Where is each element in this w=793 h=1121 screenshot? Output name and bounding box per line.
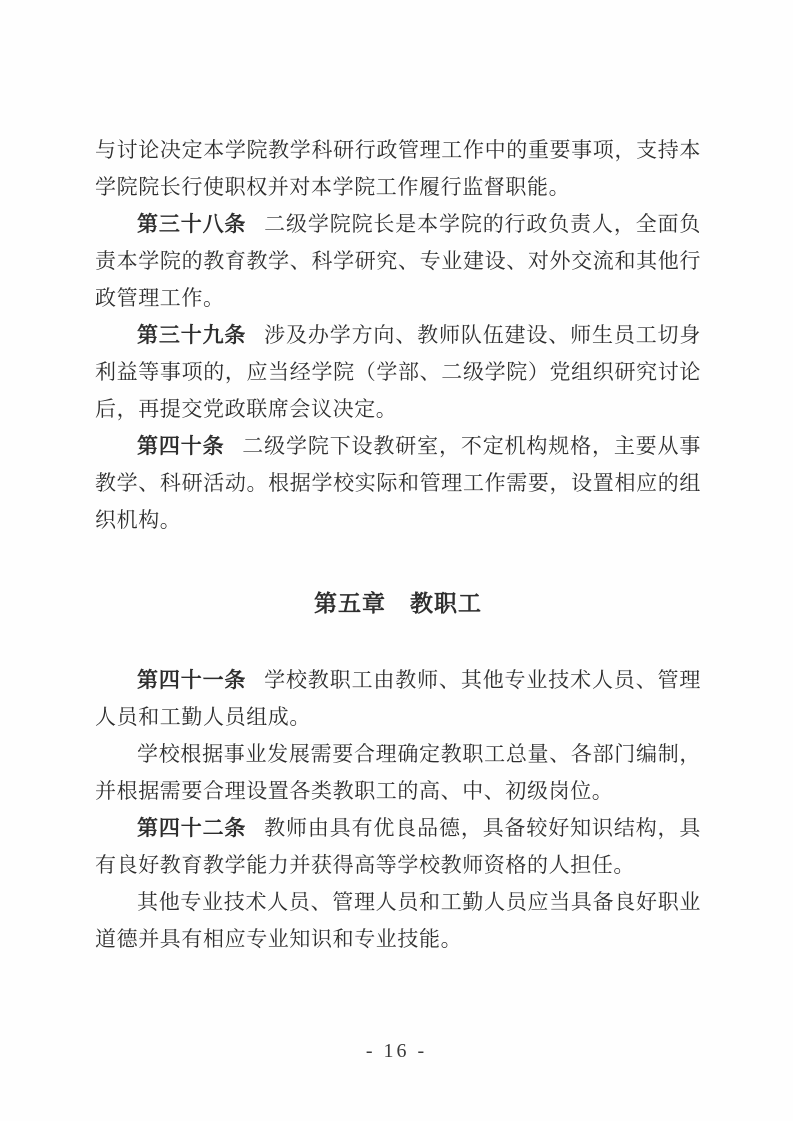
article-number: 第四十二条 (137, 817, 246, 840)
text-block: 与讨论决定本学院教学科研行政管理工作中的重要事项，支持本学院院长行使职权并对本学… (95, 132, 701, 958)
paragraph-article-38: 第三十八条二级学院院长是本学院的行政负责人，全面负责本学院的教育教学、科学研究、… (95, 206, 701, 317)
paragraph-text: 与讨论决定本学院教学科研行政管理工作中的重要事项，支持本学院院长行使职权并对本学… (95, 138, 701, 199)
page-number: - 16 - (0, 1040, 793, 1063)
page-number-label: - 16 - (366, 1040, 427, 1062)
paragraph-text: 学校根据事业发展需要合理确定教职工总量、各部门编制，并根据需要合理设置各类教职工… (95, 742, 701, 803)
article-number: 第三十八条 (137, 213, 246, 236)
chapter-heading: 第五章 教职工 (95, 585, 701, 622)
paragraph-text: 其他专业技术人员、管理人员和工勤人员应当具备良好职业道德并具有相应专业知识和专业… (95, 890, 701, 951)
paragraph-article-39: 第三十九条涉及办学方向、教师队伍建设、师生员工切身利益等事项的，应当经学院（学部… (95, 317, 701, 428)
article-number: 第四十一条 (137, 669, 246, 692)
article-number: 第三十九条 (137, 324, 246, 347)
paragraph-continuation: 与讨论决定本学院教学科研行政管理工作中的重要事项，支持本学院院长行使职权并对本学… (95, 132, 701, 206)
paragraph-article-42: 第四十二条教师由具有优良品德，具备较好知识结构，具有良好教育教学能力并获得高等学… (95, 810, 701, 884)
paragraph-body: 其他专业技术人员、管理人员和工勤人员应当具备良好职业道德并具有相应专业知识和专业… (95, 884, 701, 958)
paragraph-article-41: 第四十一条学校教职工由教师、其他专业技术人员、管理人员和工勤人员组成。 (95, 662, 701, 736)
article-number: 第四十条 (137, 435, 224, 458)
paragraph-article-40: 第四十条二级学院下设教研室，不定机构规格，主要从事教学、科研活动。根据学校实际和… (95, 428, 701, 539)
paragraph-body: 学校根据事业发展需要合理确定教职工总量、各部门编制，并根据需要合理设置各类教职工… (95, 736, 701, 810)
document-page: 与讨论决定本学院教学科研行政管理工作中的重要事项，支持本学院院长行使职权并对本学… (0, 0, 793, 1121)
